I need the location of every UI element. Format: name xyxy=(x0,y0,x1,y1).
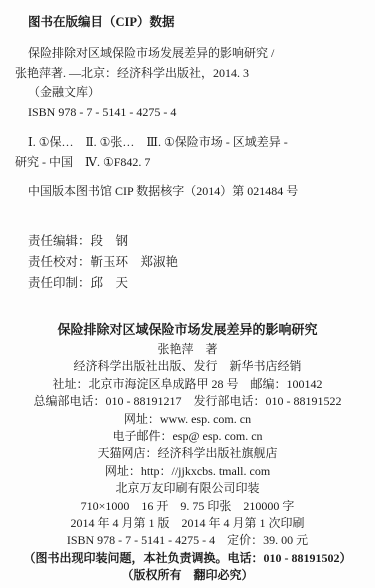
cip-registry-number: 中国版本图书馆 CIP 数据核字（2014）第 021484 号 xyxy=(15,182,367,202)
book-author: 张艳萍 著 xyxy=(0,341,375,358)
staff-editor: 责任编辑：段 钢 xyxy=(28,231,178,252)
tmall-store: 天猫网店：经济科学出版社旗舰店 xyxy=(0,445,375,462)
cip-heading: 图书在版编目（CIP）数据 xyxy=(28,12,367,30)
isbn-price: ISBN 978 - 7 - 5141 - 4275 - 4 定价：39. 00… xyxy=(0,532,375,549)
edition-info: 2014 年 4 月第 1 版 2014 年 4 月第 1 次印刷 xyxy=(0,515,375,532)
cip-classification-line2: 研究 - 中国 Ⅳ. ①F842. 7 xyxy=(15,153,367,173)
book-title: 保险排除对区域保险市场发展差异的影响研究 xyxy=(0,321,375,339)
publisher-phones: 总编部电话：010 - 88191217 发行部电话：010 - 8819152… xyxy=(0,393,375,410)
staff-block: 责任编辑：段 钢 责任校对：靳玉环 郑淑艳 责任印制：邱 天 xyxy=(28,231,178,294)
cip-data-block: 图书在版编目（CIP）数据 保险排除对区域保险市场发展差异的影响研究 / 张艳萍… xyxy=(15,12,367,202)
copyright-page: 图书在版编目（CIP）数据 保险排除对区域保险市场发展差异的影响研究 / 张艳萍… xyxy=(0,0,375,588)
format-info: 710×1000 16 开 9. 75 印张 210000 字 xyxy=(0,498,375,515)
cip-series: （金融文库） xyxy=(15,83,367,103)
copyright-notice: （版权所有 翻印必究） xyxy=(0,567,375,584)
tmall-url: 网址：http：//jjkxcbs. tmall. com xyxy=(0,463,375,480)
publisher-address: 社址：北京市海淀区阜成路甲 28 号 邮编：100142 xyxy=(0,376,375,393)
staff-print-supervisor: 责任印制：邱 天 xyxy=(28,273,178,294)
colophon-block: 保险排除对区域保险市场发展差异的影响研究 张艳萍 著 经济科学出版社出版、发行 … xyxy=(0,321,375,585)
publisher-website: 网址：www. esp. com. cn xyxy=(0,411,375,428)
staff-proofreader: 责任校对：靳玉环 郑淑艳 xyxy=(28,252,178,273)
publisher-email: 电子邮件：esp@ esp. com. cn xyxy=(0,428,375,445)
exchange-notice: （图书出现印装问题，本社负责调换。电话：010 - 88191502） xyxy=(0,550,375,567)
printing-company: 北京万友印刷有限公司印装 xyxy=(0,480,375,497)
cip-description-line1: 保险排除对区域保险市场发展差异的影响研究 / xyxy=(15,44,367,64)
cip-classification-line1: Ⅰ. ①保… Ⅱ. ①张… Ⅲ. ①保险市场 - 区域差异 - xyxy=(15,133,367,153)
publisher-line: 经济科学出版社出版、发行 新华书店经销 xyxy=(0,358,375,375)
cip-description-line2: 张艳萍著. —北京：经济科学出版社，2014. 3 xyxy=(15,64,367,84)
cip-isbn: ISBN 978 - 7 - 5141 - 4275 - 4 xyxy=(15,103,367,123)
